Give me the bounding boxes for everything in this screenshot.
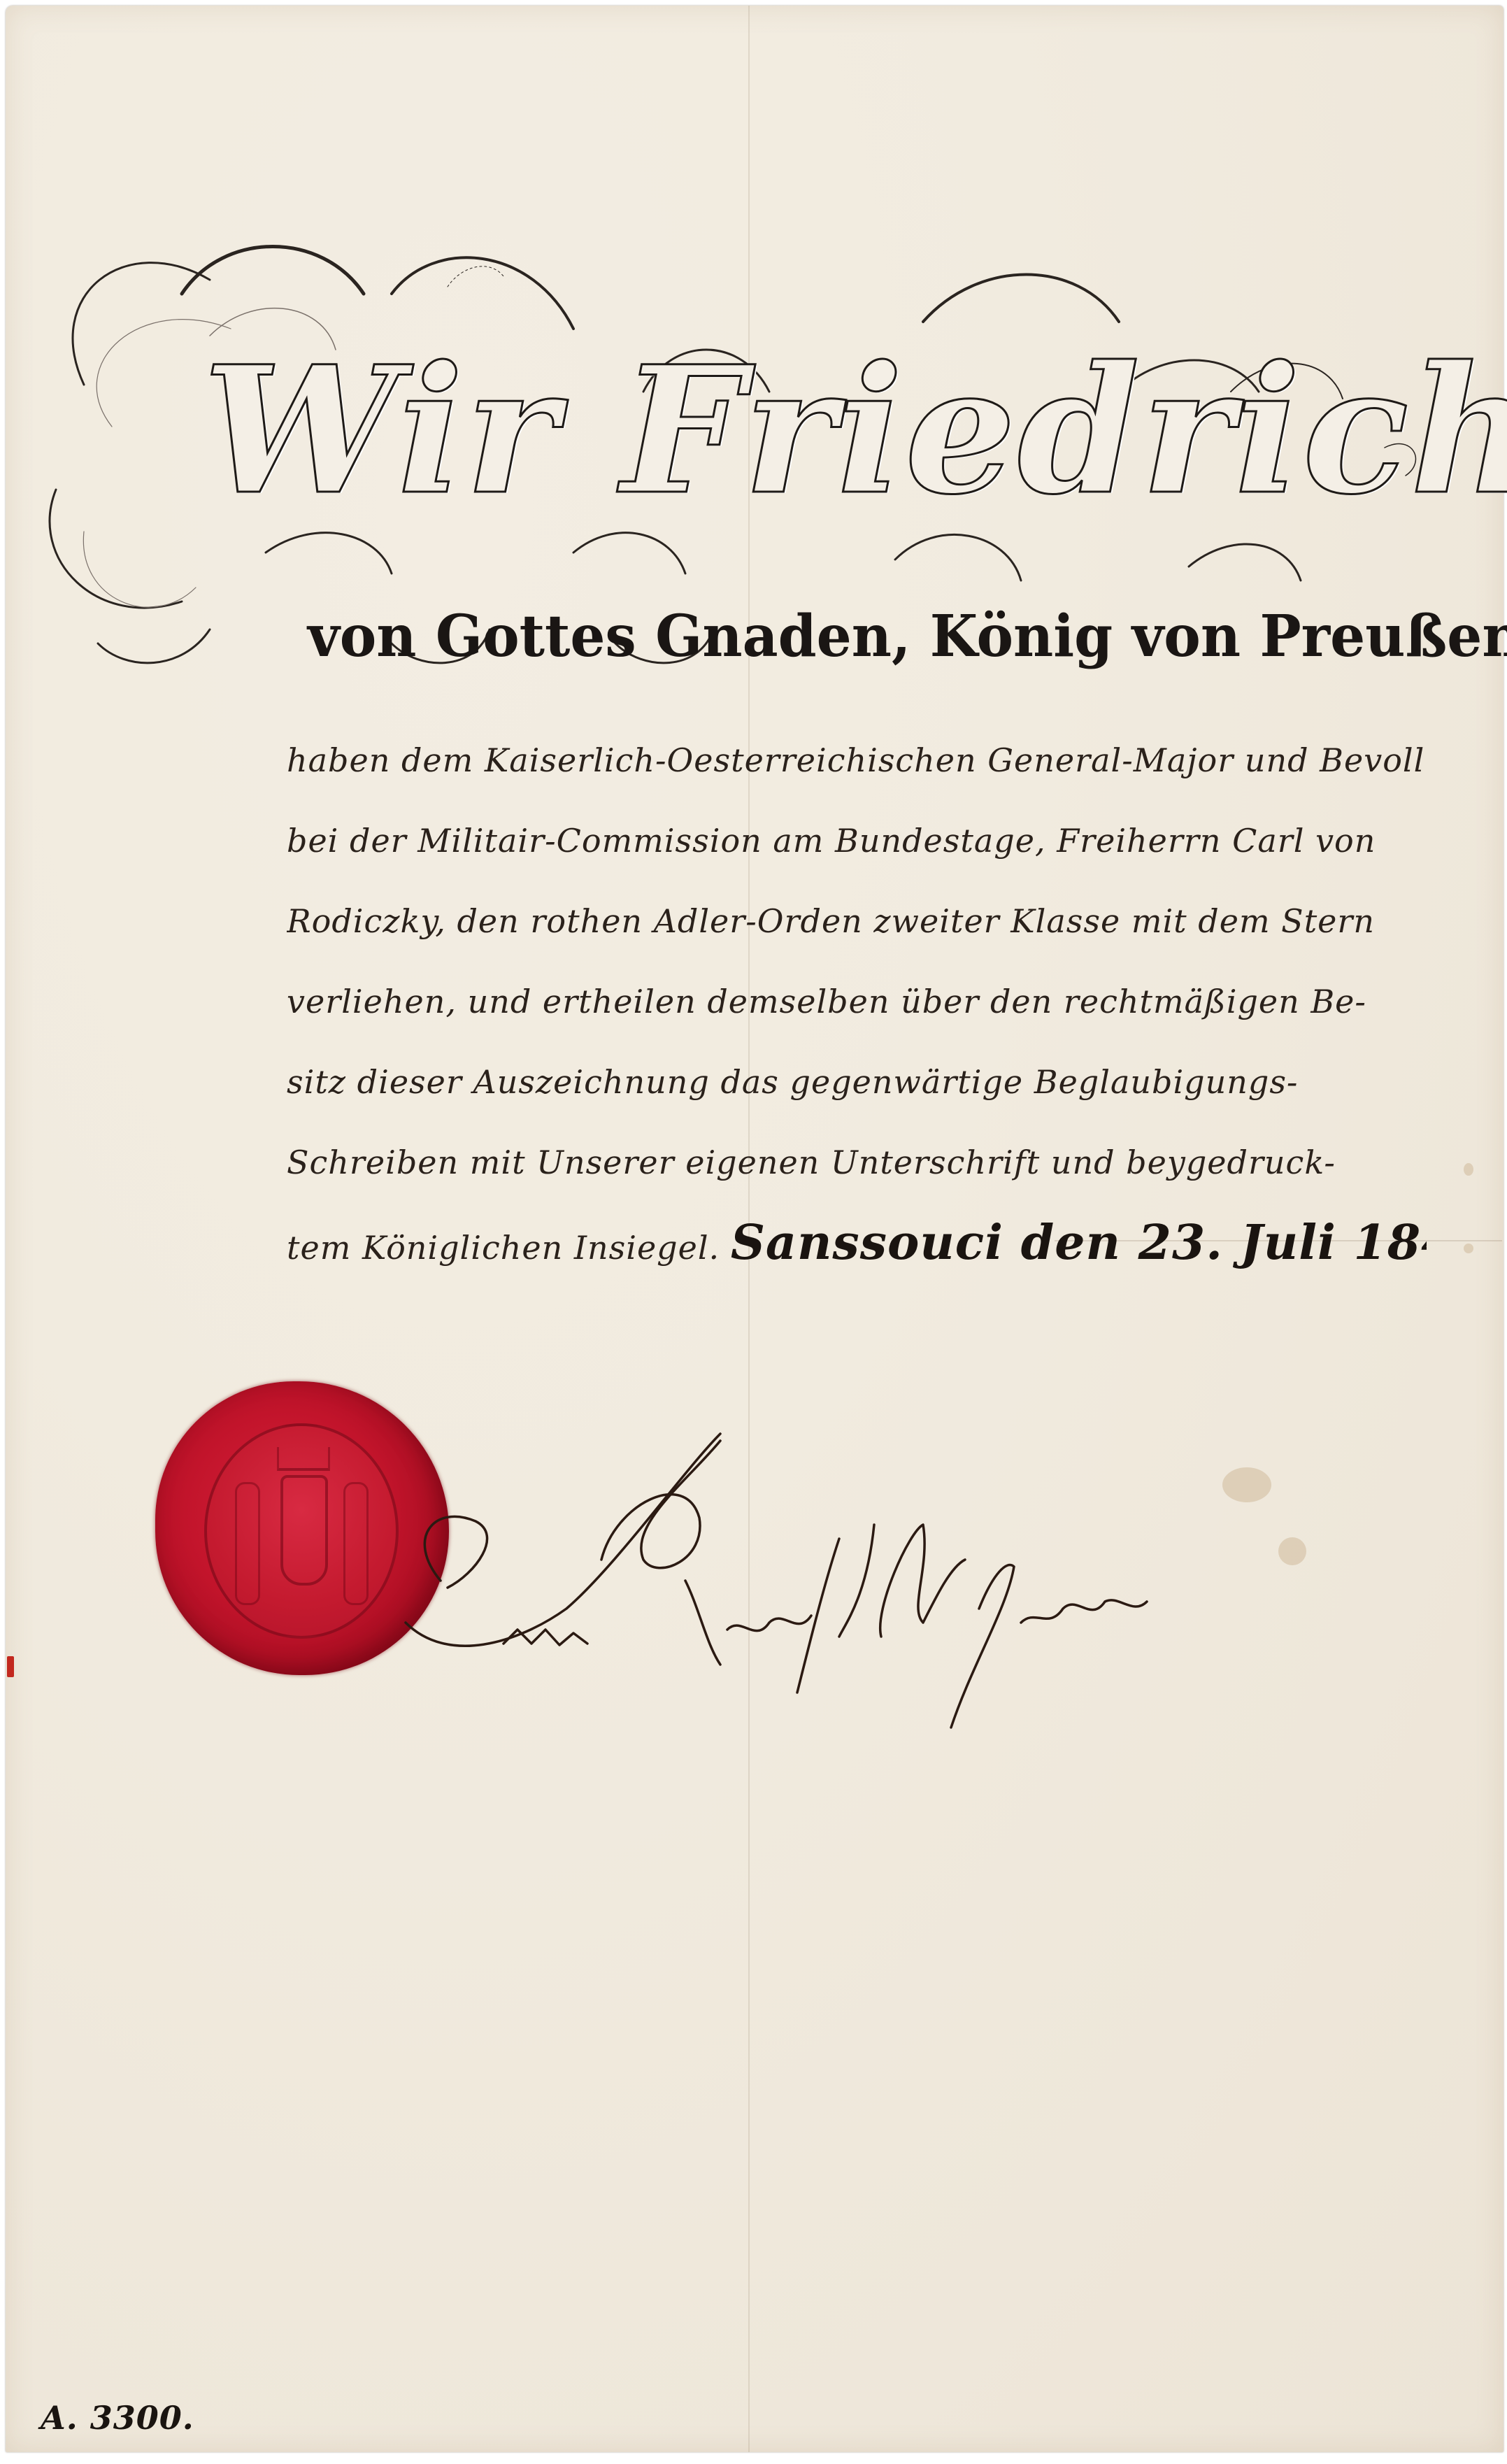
document-subtitle: von Gottes Gnaden, König von Preußen, — [308, 598, 1382, 675]
body-line-5: sitz dieser Auszeichnung das gegenwärtig… — [287, 1042, 1427, 1123]
seal-coat-of-arms — [204, 1423, 399, 1639]
body-line-4: verliehen, und ertheilen demselben über … — [287, 962, 1427, 1042]
royal-signature — [392, 1399, 1371, 1749]
crown-icon — [277, 1447, 330, 1471]
foxing-stain — [1464, 1163, 1473, 1176]
body-line-1: haben dem Kaiserlich-Oesterreichischen G… — [287, 720, 1427, 801]
red-wax-fragment — [7, 1656, 14, 1677]
body-line-7: tem Königlichen Insiegel. Sanssouci den … — [287, 1203, 1427, 1283]
body-line-2-text: bei der Militair-Commission am Bundestag… — [287, 822, 1376, 860]
shield-icon — [280, 1475, 328, 1586]
foxing-stain — [1464, 1244, 1473, 1253]
seal-supporter-left — [235, 1482, 260, 1605]
body-line-7-text: tem Königlichen Insiegel. — [287, 1229, 720, 1267]
place-and-date: Sanssouci den 23. Juli 1841. — [731, 1215, 1427, 1271]
archive-number: A. 3300. — [41, 2399, 194, 2437]
document-body: haben dem Kaiserlich-Oesterreichischen G… — [287, 720, 1427, 1283]
seal-supporter-right — [343, 1482, 369, 1605]
document-title: Wir Friedrich Wilhelm, — [203, 315, 1406, 546]
body-line-3: Rodiczky, den rothen Adler-Orden zweiter… — [287, 881, 1427, 962]
body-line-6: Schreiben mit Unserer eigenen Unterschri… — [287, 1123, 1427, 1203]
body-line-2: bei der Militair-Commission am Bundestag… — [287, 801, 1427, 881]
